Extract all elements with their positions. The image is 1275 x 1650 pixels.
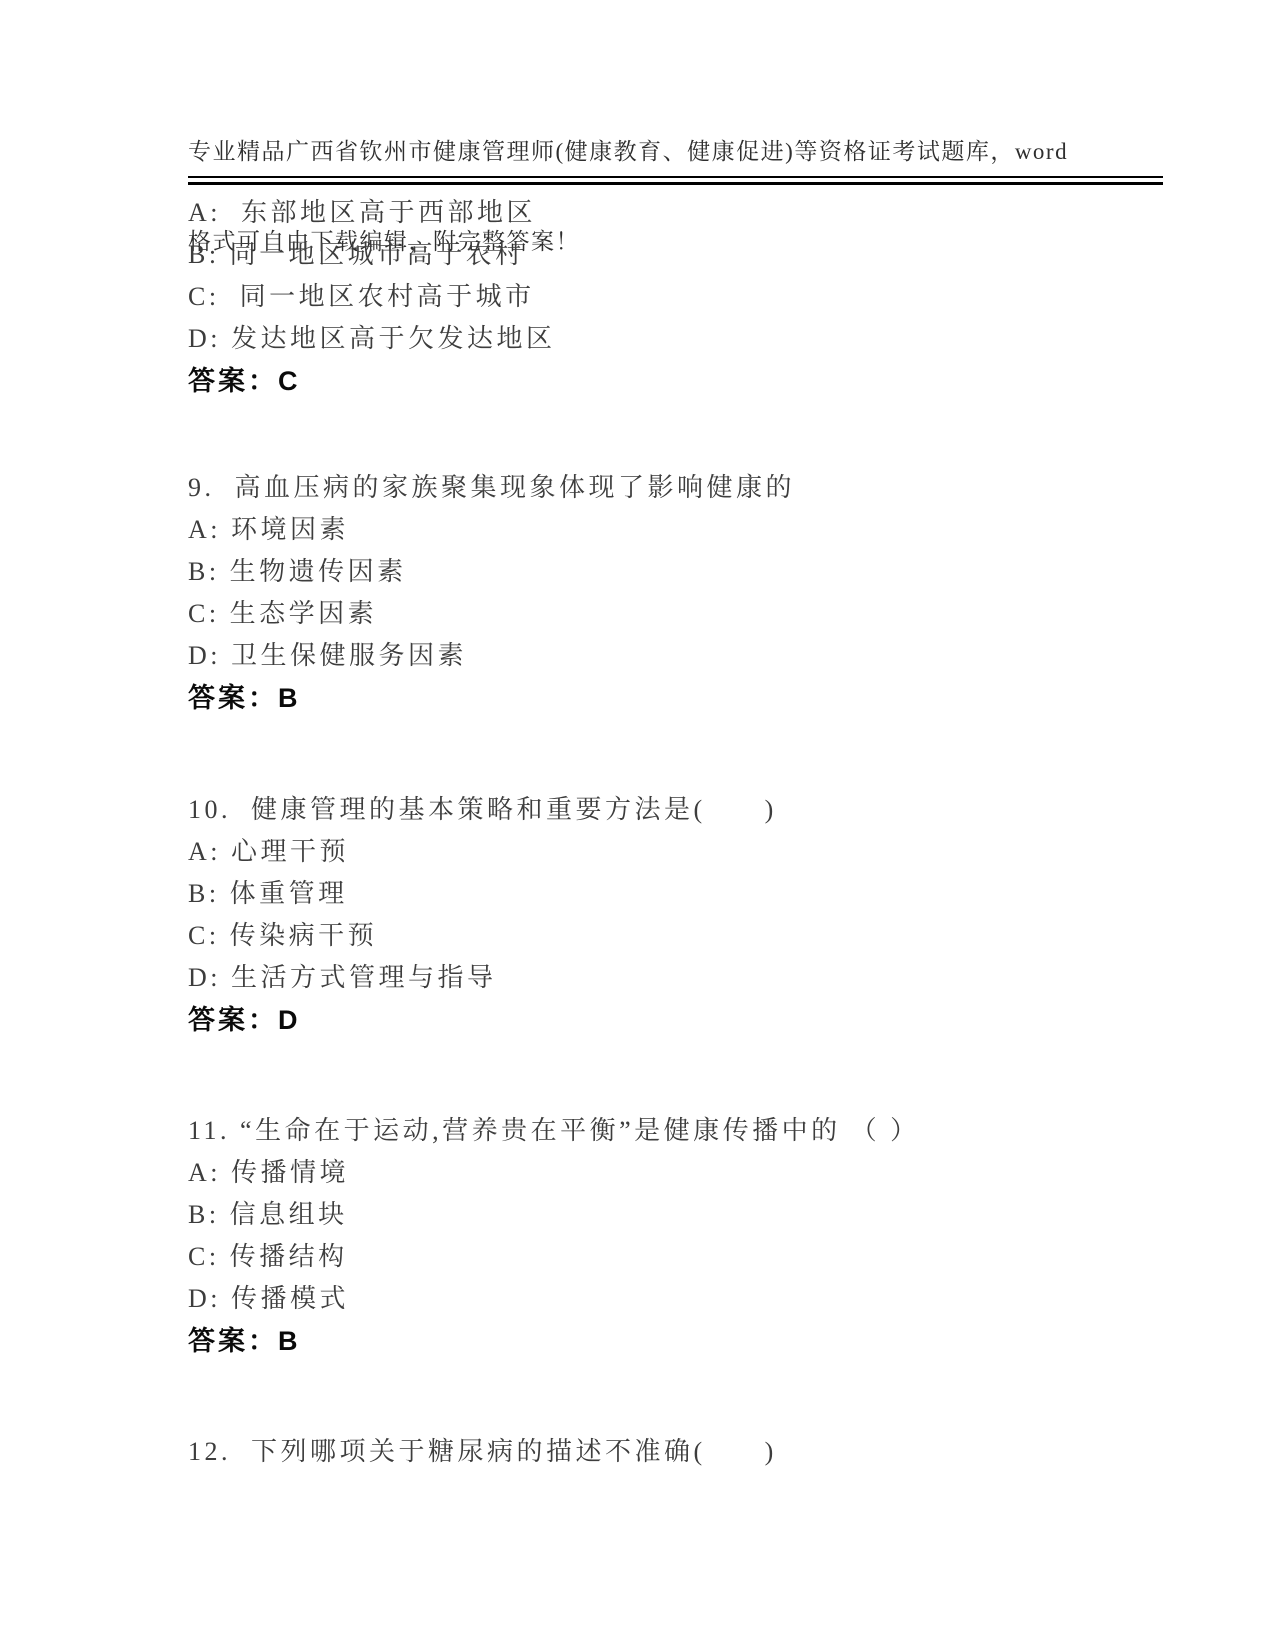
answer-row: 答案：B	[188, 1320, 1188, 1362]
answer-row: 答案：D	[188, 999, 1188, 1041]
question-block-12: 12. 下列哪项关于糖尿病的描述不准确( )	[188, 1431, 1188, 1473]
option-c: C: 生态学因素	[188, 593, 1188, 635]
option-d: D: 卫生保健服务因素	[188, 635, 1188, 677]
option-c: C: 传染病干预	[188, 915, 1188, 957]
question-block-9: 9. 高血压病的家族聚集现象体现了影响健康的 A: 环境因素 B: 生物遗传因素…	[188, 467, 1188, 719]
question-text: 10. 健康管理的基本策略和重要方法是( )	[188, 789, 1188, 831]
option-d: D: 传播模式	[188, 1278, 1188, 1320]
option-b: B: 生物遗传因素	[188, 551, 1188, 593]
question-text: 12. 下列哪项关于糖尿病的描述不准确( )	[188, 1431, 1188, 1473]
option-b: B: 体重管理	[188, 873, 1188, 915]
question-text: 9. 高血压病的家族聚集现象体现了影响健康的	[188, 467, 1188, 509]
option-a: A: 传播情境	[188, 1152, 1188, 1194]
answer-row: 答案：C	[188, 360, 1188, 402]
option-a: A: 东部地区高于西部地区	[188, 192, 1188, 234]
option-a: A: 环境因素	[188, 509, 1188, 551]
header-divider-rule	[188, 176, 1163, 185]
option-c: C: 同一地区农村高于城市	[188, 276, 1188, 318]
option-c: C: 传播结构	[188, 1236, 1188, 1278]
header-line-1: 专业精品广西省钦州市健康管理师(健康教育、健康促进)等资格证考试题库，word	[188, 137, 1168, 167]
option-b: B: 同一地区城市高于农村	[188, 234, 1188, 276]
question-text: 11. “生命在于运动,营养贵在平衡”是健康传播中的 （ ）	[188, 1110, 1188, 1152]
answer-row: 答案：B	[188, 677, 1188, 719]
question-block-10: 10. 健康管理的基本策略和重要方法是( ) A: 心理干预 B: 体重管理 C…	[188, 789, 1188, 1041]
option-d: D: 发达地区高于欠发达地区	[188, 318, 1188, 360]
option-a: A: 心理干预	[188, 831, 1188, 873]
option-d: D: 生活方式管理与指导	[188, 957, 1188, 999]
question-block-8-options: A: 东部地区高于西部地区 B: 同一地区城市高于农村 C: 同一地区农村高于城…	[188, 192, 1188, 402]
question-block-11: 11. “生命在于运动,营养贵在平衡”是健康传播中的 （ ） A: 传播情境 B…	[188, 1110, 1188, 1362]
option-b: B: 信息组块	[188, 1194, 1188, 1236]
document-page: 专业精品广西省钦州市健康管理师(健康教育、健康促进)等资格证考试题库，word …	[0, 0, 1275, 1650]
